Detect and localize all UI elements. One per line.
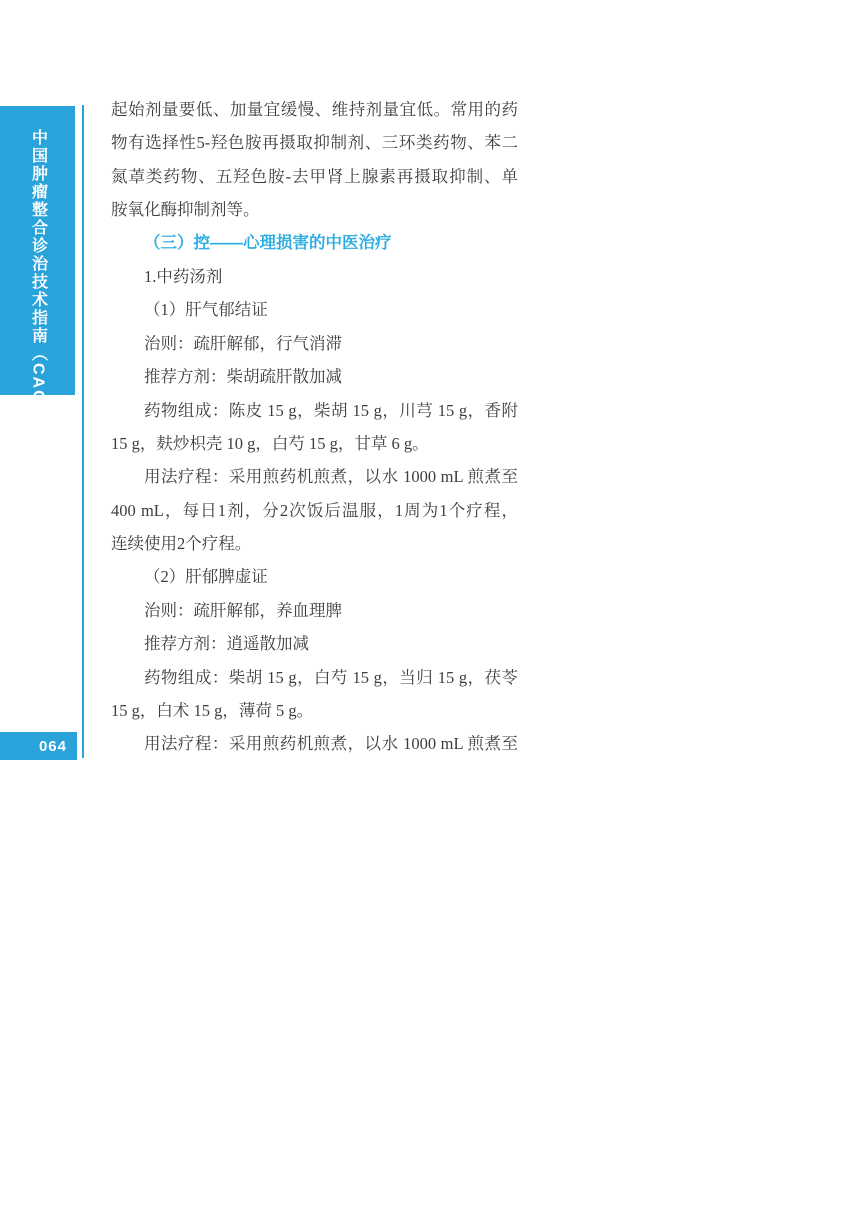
- text-line: 胺氧化酶抑制剂等。: [111, 193, 518, 226]
- text-line: 氮䓬类药物、五羟色胺-去甲肾上腺素再摄取抑制、单: [111, 160, 518, 193]
- sidebar-spine: 中国肿瘤整合诊治技术指南（CACA）: [0, 106, 75, 395]
- text-line: 用法疗程：采用煎药机煎煮，以水 1000 mL 煎煮至: [111, 727, 518, 760]
- text-line: （2）肝郁脾虚证: [111, 560, 518, 593]
- text-line: 药物组成：陈皮 15 g，柴胡 15 g，川芎 15 g，香附: [111, 394, 518, 427]
- text-line: 15 g，白术 15 g，薄荷 5 g。: [111, 694, 518, 727]
- book-page: 中国肿瘤整合诊治技术指南（CACA） 064 起始剂量要低、加量宜缓慢、维持剂量…: [0, 0, 867, 1218]
- text-line: 推荐方剂：逍遥散加减: [111, 627, 518, 660]
- text-line: 推荐方剂：柴胡疏肝散加减: [111, 360, 518, 393]
- spine-divider-line: [82, 105, 84, 758]
- text-line: 起始剂量要低、加量宜缓慢、维持剂量宜低。常用的药: [111, 93, 518, 126]
- text-line: 400 mL，每日1剂，分2次饭后温服，1周为1个疗程，: [111, 494, 518, 527]
- text-line: （1）肝气郁结证: [111, 293, 518, 326]
- page-number: 064: [39, 738, 67, 755]
- text-column: 起始剂量要低、加量宜缓慢、维持剂量宜低。常用的药物有选择性5-羟色胺再摄取抑制剂…: [111, 93, 518, 761]
- text-line: 用法疗程：采用煎药机煎煮，以水 1000 mL 煎煮至: [111, 460, 518, 493]
- text-line: 15 g，麸炒枳壳 10 g，白芍 15 g，甘草 6 g。: [111, 427, 518, 460]
- text-line: 1.中药汤剂: [111, 260, 518, 293]
- text-line: 药物组成：柴胡 15 g，白芍 15 g，当归 15 g，茯苓: [111, 661, 518, 694]
- text-line: 治则：疏肝解郁，养血理脾: [111, 594, 518, 627]
- section-heading: （三）控——心理损害的中医治疗: [111, 227, 518, 260]
- text-line: 连续使用2个疗程。: [111, 527, 518, 560]
- page-number-badge: 064: [0, 732, 77, 760]
- text-line: 物有选择性5-羟色胺再摄取抑制剂、三环类药物、苯二: [111, 126, 518, 159]
- text-line: 治则：疏肝解郁，行气消滞: [111, 327, 518, 360]
- sidebar-title: 中国肿瘤整合诊治技术指南（CACA）: [30, 129, 46, 435]
